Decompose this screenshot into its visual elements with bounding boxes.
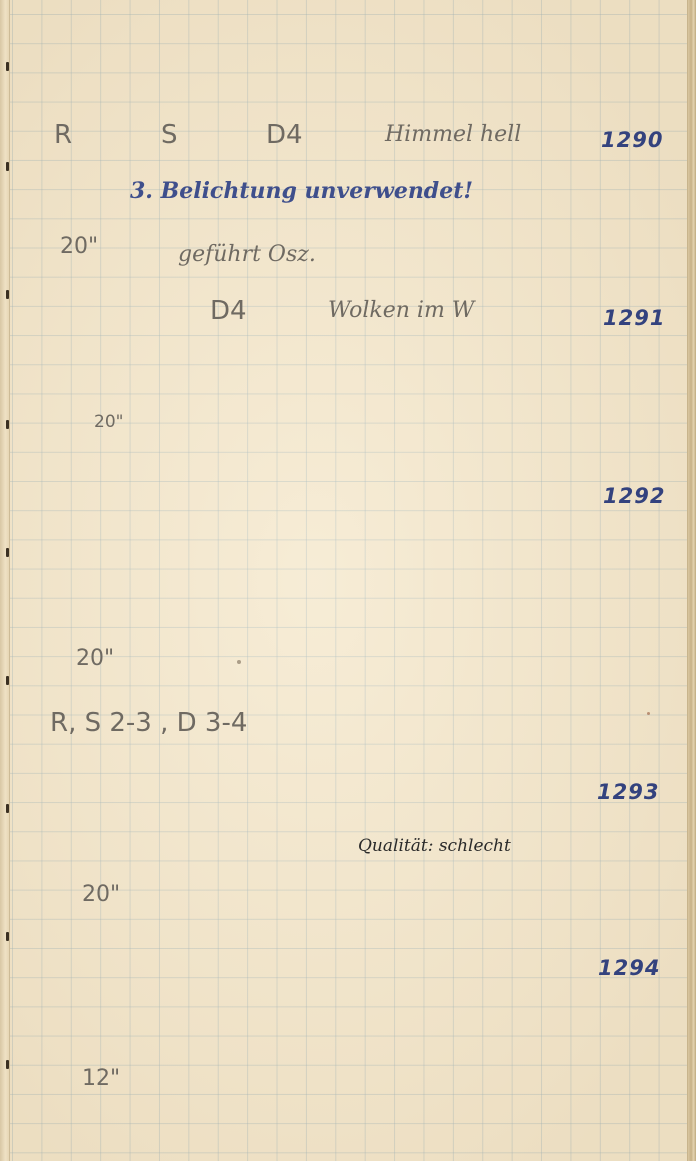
binding-stitch <box>6 1060 9 1069</box>
exposure-annotation: 3. Belichtung unverwendet! <box>130 180 473 202</box>
field-s: S <box>161 122 178 148</box>
binding-stitch <box>6 676 9 685</box>
frame-number: 1291 <box>603 306 665 330</box>
binding-stitch <box>6 62 9 71</box>
ink-speck <box>647 712 650 715</box>
seeing-conditions: R, S 2-3 , D 3-4 <box>50 710 247 736</box>
exposure-time: 20" <box>60 236 98 258</box>
binding-stitch <box>6 804 9 813</box>
frame-number: 1290 <box>601 128 663 152</box>
page-binding <box>0 0 10 1161</box>
sky-note: Himmel hell <box>385 124 521 146</box>
guiding-note: geführt Osz. <box>178 244 316 266</box>
quality-note: Qualität: schlecht <box>358 838 511 855</box>
binding-stitch <box>6 548 9 557</box>
field-r: R <box>54 122 72 148</box>
cloud-note: Wolken im W <box>328 300 474 322</box>
frame-number: 1294 <box>598 956 660 980</box>
page-stack-edge <box>687 0 696 1161</box>
field-d: D4 <box>266 122 303 148</box>
exposure-time: 20" <box>76 648 114 670</box>
binding-stitch <box>6 420 9 429</box>
notebook-page: R S D4 Himmel hell 1290 3. Belichtung un… <box>0 0 696 1161</box>
binding-stitch <box>6 932 9 941</box>
exposure-time: 20" <box>94 414 123 431</box>
exposure-time: 12" <box>82 1068 120 1090</box>
binding-stitch <box>6 290 9 299</box>
field-d: D4 <box>210 298 247 324</box>
frame-number: 1293 <box>597 780 659 804</box>
frame-number: 1292 <box>603 484 665 508</box>
ink-dot <box>237 660 241 664</box>
binding-stitch <box>6 162 9 171</box>
exposure-time: 20" <box>82 884 120 906</box>
